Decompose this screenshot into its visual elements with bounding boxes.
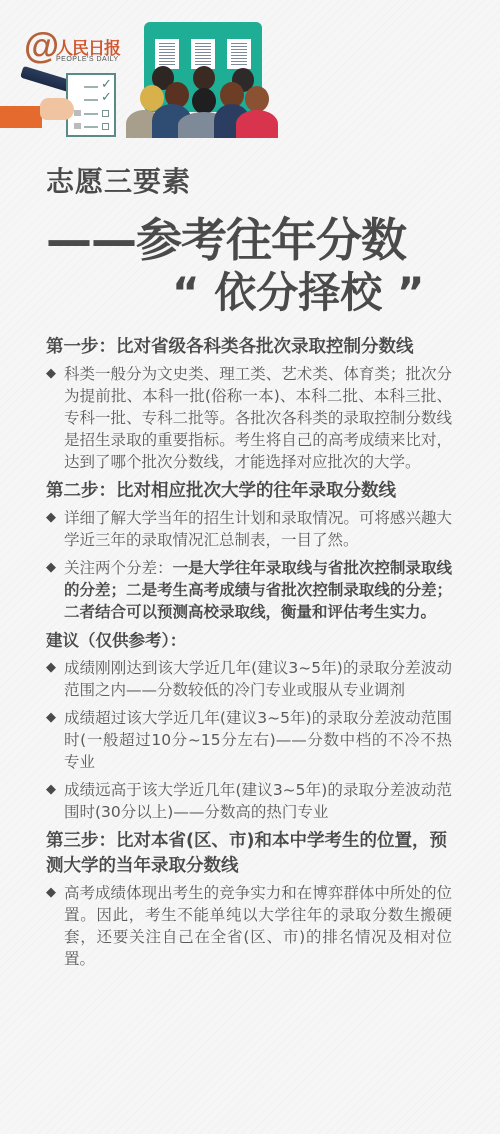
hand-illustration: [40, 98, 74, 120]
diamond-bullet-icon: ◆: [46, 882, 56, 904]
logo-name-en: PEOPLE'S DAILY: [56, 56, 119, 63]
article-content: 第一步：比对省级各科类各批次录取控制分数线 ◆ 科类一般分为文史类、理工类、艺术…: [46, 335, 452, 976]
list-item: ◆ 科类一般分为文史类、理工类、艺术类、体育类；批次分为提前批、本科一批(俗称一…: [46, 363, 452, 473]
notice-paper-icon: [191, 39, 215, 69]
diamond-bullet-icon: ◆: [46, 707, 56, 729]
list-item-prefix: 关注两个分差：: [64, 559, 173, 577]
list-item: ◆ 关注两个分差：一是大学往年录取线与省批次控制录取线的分差；二是考生高考成绩与…: [46, 557, 452, 623]
step-heading: 第二步：比对相应批次大学的往年录取分数线: [46, 479, 452, 504]
suggestion-label: 建议（仅供参考）：: [46, 629, 452, 653]
diamond-bullet-icon: ◆: [46, 363, 56, 385]
list-item-text: 详细了解大学当年的招生计划和录取情况。可将感兴趣大学近三年的录取情况汇总制表，一…: [64, 509, 452, 549]
list-item-text: 科类一般分为文史类、理工类、艺术类、体育类；批次分为提前批、本科一批(俗称一本)…: [64, 365, 452, 471]
list-item-text: 成绩刚刚达到该大学近几年(建议3~5年)的录取分差波动范围之内——分数较低的冷门…: [64, 659, 452, 699]
diamond-bullet-icon: ◆: [46, 557, 56, 579]
section-step-2: 第二步：比对相应批次大学的往年录取分数线 ◆ 详细了解大学当年的招生计划和录取情…: [46, 479, 452, 823]
diamond-bullet-icon: ◆: [46, 779, 56, 801]
list-item-text: 高考成绩体现出考生的竞争实力和在博弈群体中所处的位置。因此，考生不能单纯以大学往…: [64, 884, 452, 968]
checklist-row: ✓: [74, 96, 112, 104]
list-item: ◆ 成绩刚刚达到该大学近几年(建议3~5年)的录取分差波动范围之内——分数较低的…: [46, 657, 452, 701]
step-heading: 第三步：比对本省(区、市)和本中学考生的位置，预测大学的当年录取分数线: [46, 829, 452, 879]
notice-paper-icon: [155, 39, 179, 69]
list-item-text: 成绩超过该大学近几年(建议3~5年)的录取分差波动范围时(一般超过10分~15分…: [64, 709, 452, 771]
arm-illustration: [0, 106, 42, 128]
checkmark-icon: ✓: [101, 90, 112, 105]
at-icon: @: [24, 28, 59, 64]
empty-checkbox-icon: [102, 123, 109, 130]
list-item: ◆ 详细了解大学当年的招生计划和录取情况。可将感兴趣大学近三年的录取情况汇总制表…: [46, 507, 452, 551]
diamond-bullet-icon: ◆: [46, 657, 56, 679]
section-step-1: 第一步：比对省级各科类各批次录取控制分数线 ◆ 科类一般分为文史类、理工类、艺术…: [46, 335, 452, 473]
peoples-daily-logo: @ 人民日报 PEOPLE'S DAILY: [24, 28, 134, 68]
empty-checkbox-icon: [102, 110, 109, 117]
diamond-bullet-icon: ◆: [46, 507, 56, 529]
page-title: 志愿三要素: [46, 160, 191, 200]
checklist-row: [74, 123, 112, 131]
page-slogan: “ 依分择校 ”: [172, 260, 424, 320]
header-illustration: @ 人民日报 PEOPLE'S DAILY ✓ ✓: [0, 0, 500, 145]
list-item: ◆ 成绩远高于该大学近几年(建议3~5年)的录取分差波动范围时(30分以上)——…: [46, 779, 452, 823]
section-step-3: 第三步：比对本省(区、市)和本中学考生的位置，预测大学的当年录取分数线 ◆ 高考…: [46, 829, 452, 970]
list-item-text: 成绩远高于该大学近几年(建议3~5年)的录取分差波动范围时(30分以上)——分数…: [64, 781, 452, 821]
step-heading: 第一步：比对省级各科类各批次录取控制分数线: [46, 335, 452, 360]
list-item: ◆ 高考成绩体现出考生的竞争实力和在博弈群体中所处的位置。因此，考生不能单纯以大…: [46, 882, 452, 970]
checklist-row: [74, 110, 112, 118]
notice-paper-icon: [227, 39, 251, 69]
checklist-icon: ✓ ✓: [66, 73, 116, 137]
list-item: ◆ 成绩超过该大学近几年(建议3~5年)的录取分差波动范围时(一般超过10分~1…: [46, 707, 452, 773]
